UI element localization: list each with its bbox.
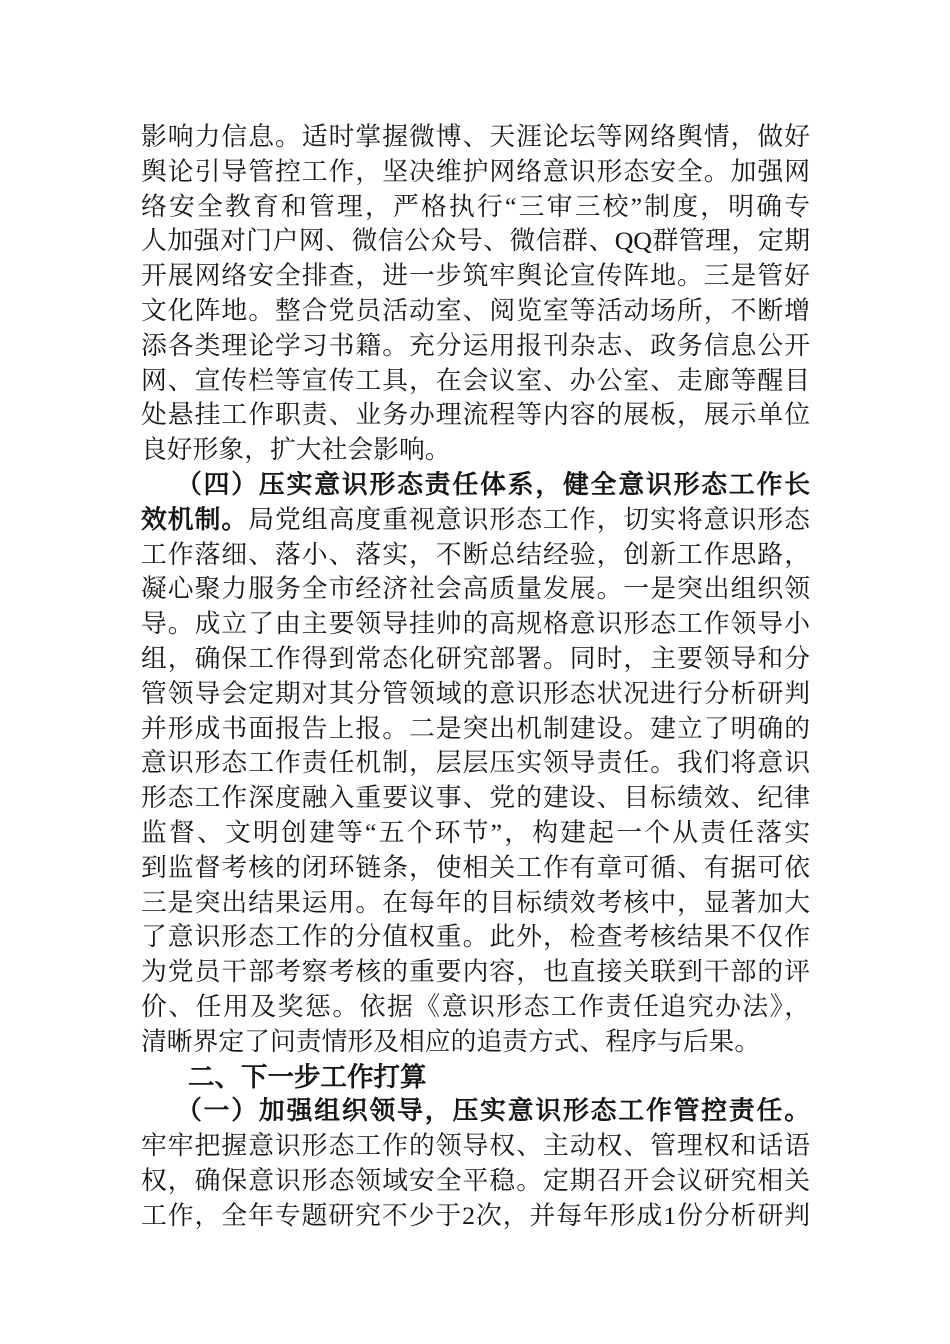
line-text: 良好形象，扩大社会影响。 — [141, 435, 451, 464]
line-text: 管领导会定期对其分管领域的意识形态状况进行分析研判 — [141, 679, 810, 708]
line-text: 人加强对门户网、微信公众号、微信群、QQ群管理，定期 — [141, 226, 810, 255]
line-text: 价、任用及奖惩。依据《意识形态工作责任追究办法》， — [141, 992, 810, 1021]
line-text: 牢牢把握意识形态工作的领导权、主动权、管理权和话语 — [141, 1131, 810, 1160]
line-text: 凝心聚力服务全市经济社会高质量发展。一是突出组织领 — [141, 574, 810, 603]
line-text: 络安全教育和管理，严格执行“三审三校”制度，明确专 — [141, 192, 810, 221]
text-line: 络安全教育和管理，严格执行“三审三校”制度，明确专 — [141, 190, 810, 225]
line-text: 意识形态工作责任机制，层层压实领导责任。我们将意识 — [141, 748, 810, 777]
text-line: 了意识形态工作的分值权重。此外，检查考核结果不仅作 — [141, 920, 810, 955]
line-text: 形态工作深度融入重要议事、党的建设、目标绩效、纪律 — [141, 783, 810, 812]
text-line: 文化阵地。整合党员活动室、阅览室等活动场所，不断增 — [141, 294, 810, 329]
line-text: 清晰界定了问责情形及相应的追责方式、程序与后果。 — [141, 1027, 760, 1056]
text-line: 工作，全年专题研究不少于2次，并每年形成1份分析研判 — [141, 1199, 810, 1234]
line-text: 导。成立了由主要领导挂帅的高规格意识形态工作领导小 — [141, 609, 810, 638]
line-text: 舆论引导管控工作，坚决维护网络意识形态安全。加强网 — [141, 157, 810, 186]
line-text: 工作落细、落小、落实，不断总结经验，创新工作思路， — [141, 540, 810, 569]
line-text: 组，确保工作得到常态化研究部署。同时，主要领导和分 — [141, 644, 810, 673]
text-line: 凝心聚力服务全市经济社会高质量发展。一是突出组织领 — [141, 572, 810, 607]
text-line: 权，确保意识形态领域安全平稳。定期召开会议研究相关 — [141, 1164, 810, 1199]
line-text: 影响力信息。适时掌握微博、天涯论坛等网络舆情，做好 — [141, 122, 810, 151]
text-line: 人加强对门户网、微信公众号、微信群、QQ群管理，定期 — [141, 224, 810, 259]
line-text: 监督、文明创建等“五个环节”，构建起一个从责任落实 — [141, 818, 810, 847]
line-text: 工作，全年专题研究不少于2次，并每年形成1份分析研判 — [141, 1201, 810, 1230]
text-line: 牢牢把握意识形态工作的领导权、主动权、管理权和话语 — [141, 1129, 810, 1164]
document-body: 影响力信息。适时掌握微博、天涯论坛等网络舆情，做好 舆论引导管控工作，坚决维护网… — [0, 0, 950, 1234]
text-line: 到监督考核的闭环链条，使相关工作有章可循、有据可依 — [141, 851, 810, 886]
paragraph-end-line: 良好形象，扩大社会影响。 — [141, 433, 810, 468]
paragraph-lead-bold: （四）压实意识形态责任体系，健全意识形态工作长 — [176, 470, 810, 499]
text-line: 管领导会定期对其分管领域的意识形态状况进行分析研判 — [141, 677, 810, 712]
text-line: 处悬挂工作职责、业务办理流程等内容的展板，展示单位 — [141, 398, 810, 433]
line-text: 三是突出结果运用。在每年的目标绩效考核中，显著加大 — [141, 888, 810, 917]
paragraph-lead-line-4: （四）压实意识形态责任体系，健全意识形态工作长 — [141, 468, 810, 503]
text-line: 价、任用及奖惩。依据《意识形态工作责任追究办法》， — [141, 990, 810, 1025]
line-text: 添各类理论学习书籍。充分运用报刊杂志、政务信息公开 — [141, 331, 810, 360]
text-line: 开展网络安全排查，进一步筑牢舆论宣传阵地。三是管好 — [141, 259, 810, 294]
text-line: 效机制。局党组高度重视意识形态工作，切实将意识形态 — [141, 503, 810, 538]
document-page: 影响力信息。适时掌握微博、天涯论坛等网络舆情，做好 舆论引导管控工作，坚决维护网… — [0, 0, 950, 1344]
text-line: 网、宣传栏等宣传工具，在会议室、办公室、走廊等醒目 — [141, 364, 810, 399]
text-line: 舆论引导管控工作，坚决维护网络意识形态安全。加强网 — [141, 155, 810, 190]
paragraph-lead-bold: 效机制。 — [141, 505, 248, 534]
section-heading: 二、下一步工作打算 — [141, 1060, 810, 1095]
text-line: 工作落细、落小、落实，不断总结经验，创新工作思路， — [141, 538, 810, 573]
line-text: 并形成书面报告上报。二是突出机制建设。建立了明确的 — [141, 714, 810, 743]
line-text: 到监督考核的闭环链条，使相关工作有章可循、有据可依 — [141, 853, 810, 882]
line-text: 处悬挂工作职责、业务办理流程等内容的展板，展示单位 — [141, 400, 810, 429]
text-line: 组，确保工作得到常态化研究部署。同时，主要领导和分 — [141, 642, 810, 677]
text-line: 意识形态工作责任机制，层层压实领导责任。我们将意识 — [141, 746, 810, 781]
text-line: 影响力信息。适时掌握微博、天涯论坛等网络舆情，做好 — [141, 120, 810, 155]
text-line: 三是突出结果运用。在每年的目标绩效考核中，显著加大 — [141, 886, 810, 921]
line-text: 文化阵地。整合党员活动室、阅览室等活动场所，不断增 — [141, 296, 810, 325]
text-line: 形态工作深度融入重要议事、党的建设、目标绩效、纪律 — [141, 781, 810, 816]
line-text: 网、宣传栏等宣传工具，在会议室、办公室、走廊等醒目 — [141, 366, 810, 395]
paragraph-end-line: 清晰界定了问责情形及相应的追责方式、程序与后果。 — [141, 1025, 810, 1060]
text-line: 为党员干部考察考核的重要内容，也直接关联到干部的评 — [141, 955, 810, 990]
paragraph-lead-bold: （一）加强组织领导，压实意识形态工作管控责任。 — [176, 1096, 810, 1125]
line-text: 局党组高度重视意识形态工作，切实将意识形态 — [248, 505, 810, 534]
line-text: 开展网络安全排查，进一步筑牢舆论宣传阵地。三是管好 — [141, 261, 810, 290]
text-line: 并形成书面报告上报。二是突出机制建设。建立了明确的 — [141, 712, 810, 747]
text-line: 导。成立了由主要领导挂帅的高规格意识形态工作领导小 — [141, 607, 810, 642]
heading-text: 二、下一步工作打算 — [188, 1062, 427, 1092]
text-line: 添各类理论学习书籍。充分运用报刊杂志、政务信息公开 — [141, 329, 810, 364]
line-text: 权，确保意识形态领域安全平稳。定期召开会议研究相关 — [141, 1166, 810, 1195]
paragraph-lead-line-1: （一）加强组织领导，压实意识形态工作管控责任。 — [141, 1094, 810, 1129]
text-line: 监督、文明创建等“五个环节”，构建起一个从责任落实 — [141, 816, 810, 851]
line-text: 了意识形态工作的分值权重。此外，检查考核结果不仅作 — [141, 922, 810, 951]
line-text: 为党员干部考察考核的重要内容，也直接关联到干部的评 — [141, 957, 810, 986]
